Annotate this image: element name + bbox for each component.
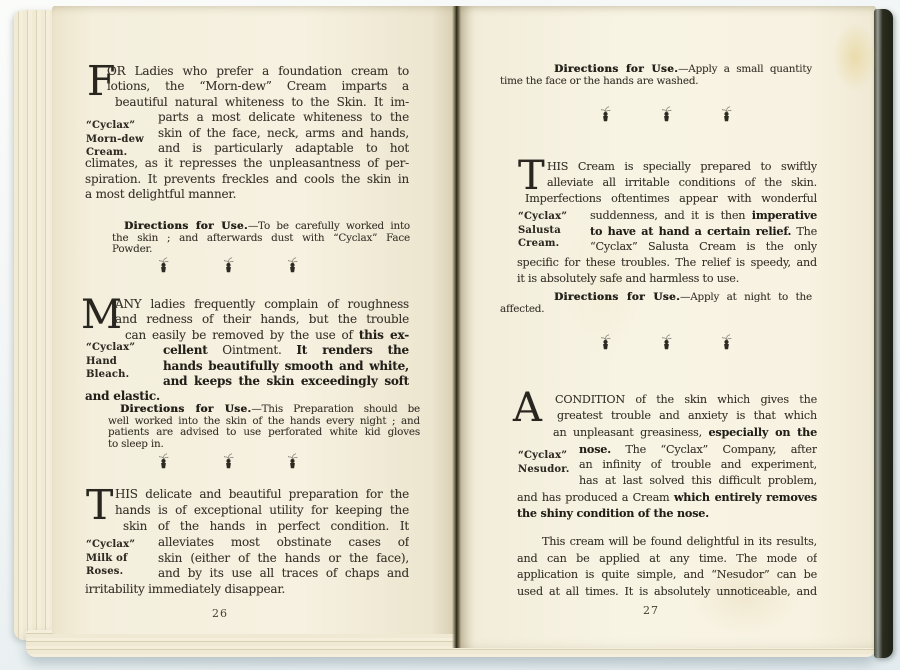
text-line: time the face or the hands are washed. <box>500 76 812 88</box>
text-segment: and by its use all traces of chaps and <box>158 566 409 580</box>
text-line: skin of the face, neck, arms and hands, <box>158 126 409 141</box>
text-segment: the skin ; and afterwards dust with “Cyc… <box>112 233 410 244</box>
flower-pot-ornament-icon <box>287 256 298 274</box>
text-segment: CONDITION of the skin which gives the <box>555 393 817 406</box>
margin-note-line: Bleach. <box>86 368 135 382</box>
text-segment: affected. <box>500 304 544 315</box>
book-gutter <box>452 6 461 648</box>
margin-note-line: Roses. <box>86 565 135 579</box>
flower-pot-ornament-icon <box>600 105 611 123</box>
text-line: cellent Ointment. It renders the <box>163 343 409 358</box>
text-segment: an unpleasant greasiness, <box>553 426 709 439</box>
text-segment: used at all times. It is absolutely unno… <box>517 585 817 598</box>
text-segment: especially on the <box>709 425 818 439</box>
text-line: the skin ; and afterwards dust with “Cyc… <box>112 233 410 245</box>
text-segment: which entirely removes <box>674 490 817 504</box>
ornament-row <box>158 452 298 470</box>
text-segment: imperative <box>752 208 817 222</box>
margin-note-line: “Cyclax” <box>86 119 144 133</box>
ornament-row <box>600 105 732 123</box>
text-line: and can be applied at any time. The mode… <box>517 551 817 568</box>
page-number-right: 27 <box>643 604 659 617</box>
margin-note-line: Cream. <box>518 237 567 251</box>
margin-note-morn-dew: “Cyclax” Morn-dew Cream. <box>86 119 144 160</box>
text-line: to have at hand a certain relief. The <box>590 223 817 239</box>
text-line: HIS delicate and beautiful preparation f… <box>115 487 409 503</box>
text-line: skin of the hands in perfect condition. … <box>123 519 409 535</box>
text-segment: HIS Cream is specially prepared to swift… <box>547 160 817 173</box>
margin-note-salusta: “Cyclax” Salusta Cream. <box>518 210 567 251</box>
text-line: to sleep in. <box>108 439 420 451</box>
ornament-row <box>158 256 298 274</box>
paper-stain <box>833 22 877 92</box>
text-line: patients are advised to use perforated w… <box>108 427 420 439</box>
text-line: lotions, the “Morn-dew” Cream imparts a <box>107 79 409 94</box>
directions-block: Directions for Use.—This Preparation sho… <box>108 404 420 450</box>
text-segment: to sleep in. <box>108 439 164 450</box>
text-segment: to have at hand a certain relief. <box>590 224 791 238</box>
text-line: nose. The “Cyclax” Company, after <box>579 441 817 457</box>
flower-pot-ornament-icon <box>287 452 298 470</box>
text-segment: and elastic. <box>85 389 160 403</box>
book-cover-edge <box>874 9 893 658</box>
flower-pot-ornament-icon <box>600 333 611 351</box>
text-segment: irritability immediately disappear. <box>85 582 285 596</box>
text-line: beautiful natural whiteness to the Skin.… <box>115 95 409 110</box>
margin-note-line: Milk of <box>86 552 135 566</box>
text-line: the shiny condition of the nose. <box>517 505 817 521</box>
text-segment: the shiny condition of the nose. <box>517 506 709 520</box>
text-line: well worked into the skin of the hands e… <box>108 416 420 428</box>
directions-block: Directions for Use.—Apply a small quanti… <box>500 64 812 87</box>
text-line: can easily be removed by the use of this… <box>125 328 409 343</box>
text-line: HIS Cream is specially prepared to swift… <box>547 159 817 175</box>
text-segment: cellent <box>163 343 208 357</box>
text-segment: HIS delicate and beautiful preparation f… <box>115 487 409 501</box>
text-segment: patients are advised to use perforated w… <box>108 427 420 438</box>
margin-note-line: Salusta <box>518 224 567 238</box>
text-line: hands is of exceptional utility for keep… <box>115 503 409 519</box>
page-number-left: 26 <box>212 607 228 620</box>
text-line: skin (either of the hands or the face), <box>158 551 409 567</box>
text-line: suddenness, and it is then imperative <box>590 207 817 223</box>
margin-note-line: Nesudor. <box>518 463 570 477</box>
text-line: spiration. It prevents freckles and cool… <box>85 172 409 187</box>
text-line: and elastic. <box>85 389 409 404</box>
text-line: used at all times. It is absolutely unno… <box>517 584 817 601</box>
text-line: and redness of their hands, but the trou… <box>115 312 409 327</box>
flower-pot-ornament-icon <box>223 256 234 274</box>
flower-pot-ornament-icon <box>661 333 672 351</box>
text-line: Directions for Use.—This Preparation sho… <box>120 404 420 416</box>
directions-block: Directions for Use.—Apply at night to th… <box>500 292 812 315</box>
text-segment: Ointment. <box>208 343 297 357</box>
text-segment: nose. <box>579 442 611 456</box>
text-segment: —This Preparation should be <box>251 404 420 415</box>
text-line: and is particularly adaptable to hot <box>158 141 409 156</box>
text-segment: “Cyclax” Salusta Cream is the only <box>590 240 817 253</box>
text-segment: specific for these troubles. The relief … <box>517 256 817 269</box>
flower-pot-ornament-icon <box>721 105 732 123</box>
text-line: an infinity of trouble and experiment, <box>579 457 817 473</box>
text-line: OR Ladies who prefer a foundation cream … <box>107 64 409 79</box>
text-line: greatest trouble and anxiety is that whi… <box>557 408 817 424</box>
text-segment: hands beautifully smooth and white, <box>163 359 409 373</box>
text-line: Directions for Use.—Apply at night to th… <box>554 292 812 304</box>
text-segment: The “Cyclax” Company, after <box>611 443 817 456</box>
text-line: alleviates most obstinate cases of chapp… <box>158 535 409 551</box>
text-line: application is quite simple, and “Nesudo… <box>517 567 817 584</box>
flower-pot-ornament-icon <box>223 452 234 470</box>
text-segment: skin of the face, neck, arms and hands, <box>158 126 409 140</box>
text-line: CONDITION of the skin which gives the <box>555 392 817 408</box>
margin-note-line: “Cyclax” <box>518 210 567 224</box>
flower-pot-ornament-icon <box>158 452 169 470</box>
text-segment: Powder. <box>112 244 152 255</box>
text-segment: can easily be removed by the use of <box>125 328 359 342</box>
margin-note-line: Morn-dew <box>86 133 144 147</box>
text-line: it is absolutely safe and harmless to us… <box>517 271 817 287</box>
text-segment: suddenness, and it is then <box>590 209 752 222</box>
flower-pot-ornament-icon <box>721 333 732 351</box>
text-segment: application is quite simple, and “Nesudo… <box>517 568 817 581</box>
text-segment: a most delightful manner. <box>85 187 236 201</box>
text-segment: hands is of exceptional utility for keep… <box>115 503 409 517</box>
text-segment: and keeps the skin exceedingly soft <box>163 374 409 388</box>
text-segment: skin of the hands in perfect condition. … <box>123 519 409 533</box>
text-line: and by its use all traces of chaps and <box>158 566 409 582</box>
text-segment: greatest trouble and anxiety is that whi… <box>557 409 817 424</box>
text-segment: alleviates most obstinate cases of chapp… <box>158 535 409 551</box>
text-line: Powder. <box>112 244 410 256</box>
book-spread-photo: F OR Ladies who prefer a foundation crea… <box>0 0 900 670</box>
text-segment: The <box>791 225 817 238</box>
text-segment: well worked into the skin of the hands e… <box>108 416 420 427</box>
text-line: affected. <box>500 304 812 316</box>
paragraph-nesudor-continued: This cream will be found delightful in i… <box>517 534 817 600</box>
margin-note-line: “Cyclax” <box>86 341 135 355</box>
text-segment: skin (either of the hands or the face), <box>158 551 409 565</box>
text-segment: lotions, the “Morn-dew” Cream imparts a <box>107 79 409 93</box>
text-segment: —To be carefully worked into <box>248 221 410 232</box>
ornament-row <box>600 333 732 351</box>
text-line: alleviate all irritable conditions of th… <box>547 175 817 191</box>
flower-pot-ornament-icon <box>158 256 169 274</box>
text-line: specific for these troubles. The relief … <box>517 255 817 271</box>
text-line: This cream will be found delightful in i… <box>542 534 817 551</box>
text-line: irritability immediately disappear. <box>85 582 409 598</box>
text-segment: beautiful natural whiteness to the Skin.… <box>115 95 409 109</box>
text-line: hands beautifully smooth and white, <box>163 359 409 374</box>
margin-note-hand-bleach: “Cyclax” Hand Bleach. <box>86 341 135 382</box>
text-line: an unpleasant greasiness, especially on … <box>553 424 817 440</box>
text-segment: This cream will be found delightful in i… <box>542 535 817 548</box>
text-line: Directions for Use.—To be carefully work… <box>124 221 410 233</box>
directions-label: Directions for Use. <box>554 292 680 303</box>
margin-note-milk-of-roses: “Cyclax” Milk of Roses. <box>86 538 135 579</box>
text-segment: It renders the <box>296 343 409 357</box>
text-line: and has produced a Cream which entirely … <box>517 489 817 505</box>
text-segment: and has produced a Cream <box>517 491 674 504</box>
margin-note-line: Hand <box>86 355 135 369</box>
text-segment: alleviate all irritable conditions of th… <box>547 176 817 189</box>
text-segment: this ex- <box>359 328 409 342</box>
margin-note-line: “Cyclax” <box>518 449 570 463</box>
margin-note-line: “Cyclax” <box>86 538 135 552</box>
text-segment: it is absolutely safe and harmless to us… <box>517 272 739 285</box>
directions-label: Directions for Use. <box>124 221 248 232</box>
text-segment: OR Ladies who prefer a foundation cream … <box>107 64 409 78</box>
text-line: parts a most delicate whiteness to the <box>158 110 409 125</box>
text-line: has at last solved this difficult proble… <box>579 473 817 489</box>
text-segment: spiration. It prevents freckles and cool… <box>85 172 409 186</box>
text-line: ANY ladies frequently complain of roughn… <box>115 297 409 312</box>
margin-note-nesudor: “Cyclax” Nesudor. <box>518 449 570 476</box>
text-segment: and redness of their hands, but the trou… <box>115 312 409 326</box>
directions-label: Directions for Use. <box>120 404 251 415</box>
text-segment: and can be applied at any time. The mode… <box>517 552 817 565</box>
text-segment: an infinity of trouble and experiment, <box>579 458 817 471</box>
text-segment: ANY ladies frequently complain of roughn… <box>115 297 409 311</box>
margin-note-line: Cream. <box>86 146 144 160</box>
text-line: Directions for Use.—Apply a small quanti… <box>554 64 812 76</box>
flower-pot-ornament-icon <box>661 105 672 123</box>
text-segment: and is particularly adaptable to hot <box>158 141 409 155</box>
text-line: Imperfections oftentimes appear with won… <box>525 191 817 207</box>
text-segment: has at last solved this difficult proble… <box>579 474 817 487</box>
text-segment: time the face or the hands are washed. <box>500 76 698 87</box>
directions-block: Directions for Use.—To be carefully work… <box>112 221 410 256</box>
text-line: “Cyclax” Salusta Cream is the only <box>590 239 817 255</box>
directions-label: Directions for Use. <box>554 64 678 75</box>
text-segment: parts a most delicate whiteness to the <box>158 110 409 124</box>
text-line: and keeps the skin exceedingly soft <box>163 374 409 389</box>
text-line: a most delightful manner. <box>85 187 409 202</box>
text-segment: Imperfections oftentimes appear with won… <box>525 192 817 205</box>
